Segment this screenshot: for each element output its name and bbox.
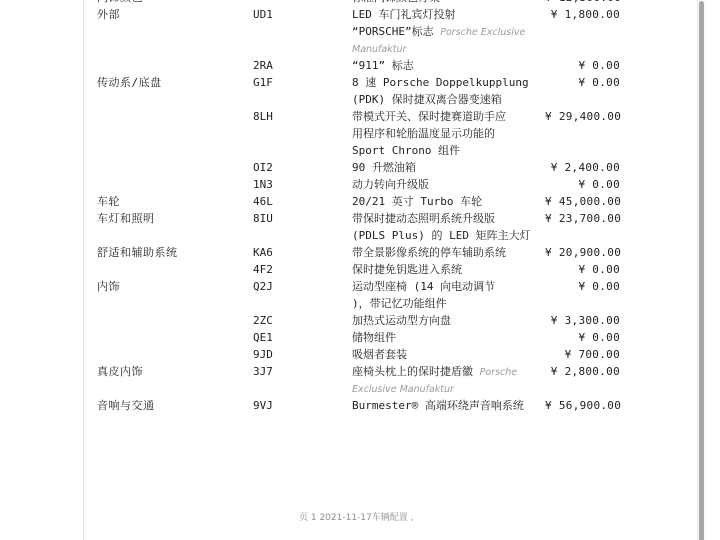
- description-text: 吸烟者套装: [352, 348, 407, 361]
- option-price: ¥ 2,800.00: [545, 363, 620, 397]
- description-text: 带保时捷动态照明系统升级版: [352, 212, 495, 225]
- description-text: 带模式开关、保时捷赛道助手应: [352, 110, 506, 123]
- description-text: 储物组件: [352, 331, 396, 344]
- description-text: 保时捷免钥匙进入系统: [352, 263, 462, 276]
- description-line: (PDLS Plus) 的 LED 矩阵主大灯: [352, 227, 545, 244]
- description-line: Exclusive Manufaktur: [352, 380, 545, 397]
- option-code: 3J7: [253, 363, 352, 397]
- description-text: (PDLS Plus) 的 LED 矩阵主大灯: [352, 229, 531, 242]
- description-text: 运动型座椅 (14 向电动调节: [352, 280, 495, 293]
- option-description: 带全景影像系统的停车辅助系统: [352, 244, 545, 261]
- option-description: 保时捷免钥匙进入系统: [352, 261, 545, 278]
- option-description: 90 升燃油箱: [352, 159, 545, 176]
- description-text: 带全景影像系统的停车辅助系统: [352, 246, 506, 259]
- option-category: [97, 108, 253, 159]
- page-left-border: [83, 0, 84, 540]
- config-row: 真皮内饰 3J7 座椅头枕上的保时捷盾徽 PorscheExclusive Ma…: [97, 363, 620, 397]
- option-description: “911” 标志: [352, 57, 545, 74]
- description-line: 用程序和轮胎温度显示功能的: [352, 125, 545, 142]
- description-line: (PDK) 保时捷双离合器变速箱: [352, 91, 545, 108]
- exclusive-manufaktur-label: Exclusive Manufaktur: [352, 384, 454, 395]
- option-description: LED 车门礼宾灯投射“PORSCHE”标志 Porsche Exclusive…: [352, 6, 545, 57]
- option-category: 真皮内饰: [97, 363, 253, 397]
- description-line: “PORSCHE”标志 Porsche Exclusive: [352, 23, 545, 40]
- option-description: 带保时捷动态照明系统升级版(PDLS Plus) 的 LED 矩阵主大灯: [352, 210, 545, 244]
- description-line: 90 升燃油箱: [352, 159, 545, 176]
- description-text: 20/21 英寸 Turbo 车轮: [352, 195, 482, 208]
- option-code: 2RA: [253, 57, 352, 74]
- config-row: 8LH 带模式开关、保时捷赛道助手应用程序和轮胎温度显示功能的Sport Chr…: [97, 108, 620, 159]
- description-line: Sport Chrono 组件: [352, 142, 545, 159]
- option-price: ¥ 3,300.00: [545, 312, 620, 329]
- config-row: 2ZC 加热式运动型方向盘 ¥ 3,300.00: [97, 312, 620, 329]
- option-code: 9JD: [253, 346, 352, 363]
- option-description: 加热式运动型方向盘: [352, 312, 545, 329]
- option-category: [97, 176, 253, 193]
- option-price: ¥ 0.00: [545, 278, 620, 312]
- option-code: KA6: [253, 244, 352, 261]
- config-row: QE1 储物组件 ¥ 0.00: [97, 329, 620, 346]
- option-description: 动力转向升级版: [352, 176, 545, 193]
- option-code: 4F2: [253, 261, 352, 278]
- option-category: [97, 57, 253, 74]
- page-footer: 页 1 2021-11-17车辆配置 ,: [299, 510, 413, 523]
- scrollbar-thumb[interactable]: [699, 1, 704, 540]
- config-row: 内饰 Q2J 运动型座椅 (14 向电动调节)，带记忆功能组件 ¥ 0.00: [97, 278, 620, 312]
- description-line: 动力转向升级版: [352, 176, 545, 193]
- description-text: Sport Chrono 组件: [352, 144, 460, 157]
- description-line: 运动型座椅 (14 向电动调节: [352, 278, 545, 295]
- option-code: 9VJ: [253, 397, 352, 414]
- option-code: Q2J: [253, 278, 352, 312]
- config-row: 传动系/底盘 G1F 8 速 Porsche Doppelkupplung(PD…: [97, 74, 620, 108]
- option-price: ¥ 0.00: [545, 329, 620, 346]
- config-row: 1N3 动力转向升级版 ¥ 0.00: [97, 176, 620, 193]
- description-text: “PORSCHE”标志: [352, 25, 440, 38]
- option-category: 音响与交通: [97, 397, 253, 414]
- option-description: 8 速 Porsche Doppelkupplung(PDK) 保时捷双离合器变…: [352, 74, 545, 108]
- description-text: 动力转向升级版: [352, 178, 429, 191]
- description-line: 20/21 英寸 Turbo 车轮: [352, 193, 545, 210]
- config-row: 9JD 吸烟者套装 ¥ 700.00: [97, 346, 620, 363]
- option-description: Burmester® 高端环绕声音响系统: [352, 397, 545, 414]
- option-code: G1F: [253, 74, 352, 108]
- option-description: 运动型座椅 (14 向电动调节)，带记忆功能组件: [352, 278, 545, 312]
- config-row: 外部 UD1 LED 车门礼宾灯投射“PORSCHE”标志 Porsche Ex…: [97, 6, 620, 57]
- option-code: OI2: [253, 159, 352, 176]
- exclusive-manufaktur-label: Porsche Exclusive: [440, 27, 525, 38]
- description-text: 标准内饰颜色方案: [352, 0, 440, 4]
- option-price: ¥ 700.00: [545, 346, 620, 363]
- option-category: 传动系/底盘: [97, 74, 253, 108]
- description-line: 座椅头枕上的保时捷盾徽 Porsche: [352, 363, 545, 380]
- description-line: LED 车门礼宾灯投射: [352, 6, 545, 23]
- config-row: 音响与交通 9VJ Burmester® 高端环绕声音响系统 ¥ 56,900.…: [97, 397, 620, 414]
- option-category: 舒适和辅助系统: [97, 244, 253, 261]
- description-line: 带保时捷动态照明系统升级版: [352, 210, 545, 227]
- option-category: [97, 312, 253, 329]
- config-row: 4F2 保时捷免钥匙进入系统 ¥ 0.00: [97, 261, 620, 278]
- option-description: 带模式开关、保时捷赛道助手应用程序和轮胎温度显示功能的Sport Chrono …: [352, 108, 545, 159]
- description-line: 带模式开关、保时捷赛道助手应: [352, 108, 545, 125]
- option-code: 46L: [253, 193, 352, 210]
- option-price: ¥ 0.00: [545, 261, 620, 278]
- description-text: )，带记忆功能组件: [352, 297, 447, 310]
- description-text: “911” 标志: [352, 59, 414, 72]
- config-row: 车灯和照明 8IU 带保时捷动态照明系统升级版(PDLS Plus) 的 LED…: [97, 210, 620, 244]
- option-price: ¥ 0.00: [545, 74, 620, 108]
- description-text: 座椅头枕上的保时捷盾徽: [352, 365, 480, 378]
- option-category: 车轮: [97, 193, 253, 210]
- description-line: 保时捷免钥匙进入系统: [352, 261, 545, 278]
- option-code: UD1: [253, 6, 352, 57]
- description-text: 8 速 Porsche Doppelkupplung: [352, 76, 529, 89]
- option-code: 8LH: [253, 108, 352, 159]
- config-row: 车轮 46L 20/21 英寸 Turbo 车轮 ¥ 45,000.00: [97, 193, 620, 210]
- description-text: Burmester® 高端环绕声音响系统: [352, 399, 524, 412]
- description-text: 90 升燃油箱: [352, 161, 416, 174]
- config-row: OI2 90 升燃油箱 ¥ 2,400.00: [97, 159, 620, 176]
- option-category: 内饰: [97, 278, 253, 312]
- description-text: 加热式运动型方向盘: [352, 314, 451, 327]
- exclusive-manufaktur-label: Porsche: [480, 367, 518, 378]
- option-category: [97, 329, 253, 346]
- description-line: 8 速 Porsche Doppelkupplung: [352, 74, 545, 91]
- description-text: 用程序和轮胎温度显示功能的: [352, 127, 495, 140]
- option-price: ¥ 20,900.00: [545, 244, 621, 261]
- option-price: ¥ 23,700.00: [545, 210, 621, 244]
- description-line: )，带记忆功能组件: [352, 295, 545, 312]
- vehicle-options-table: 内饰颜色 标准内饰颜色方案 ¥ 12,300.00 外部 UD1 LED 车门礼…: [97, 0, 620, 414]
- description-line: Manufaktur: [352, 40, 545, 57]
- option-code: 1N3: [253, 176, 352, 193]
- option-category: [97, 159, 253, 176]
- option-price: ¥ 2,400.00: [545, 159, 620, 176]
- option-price: ¥ 29,400.00: [545, 108, 621, 159]
- description-text: LED 车门礼宾灯投射: [352, 8, 456, 21]
- option-category: 外部: [97, 6, 253, 57]
- description-line: 吸烟者套装: [352, 346, 545, 363]
- description-line: Burmester® 高端环绕声音响系统: [352, 397, 545, 414]
- option-description: 吸烟者套装: [352, 346, 545, 363]
- config-row: 舒适和辅助系统 KA6 带全景影像系统的停车辅助系统 ¥ 20,900.00: [97, 244, 620, 261]
- option-code: 2ZC: [253, 312, 352, 329]
- description-line: 储物组件: [352, 329, 545, 346]
- config-row: 2RA “911” 标志 ¥ 0.00: [97, 57, 620, 74]
- option-description: 储物组件: [352, 329, 545, 346]
- option-price: ¥ 1,800.00: [545, 6, 620, 57]
- option-category: [97, 346, 253, 363]
- option-price: ¥ 45,000.00: [545, 193, 621, 210]
- description-line: “911” 标志: [352, 57, 545, 74]
- option-description: 座椅头枕上的保时捷盾徽 PorscheExclusive Manufaktur: [352, 363, 545, 397]
- option-price: ¥ 0.00: [545, 176, 620, 193]
- option-code: 8IU: [253, 210, 352, 244]
- option-description: 20/21 英寸 Turbo 车轮: [352, 193, 545, 210]
- description-text: (PDK) 保时捷双离合器变速箱: [352, 93, 502, 106]
- option-category: 车灯和照明: [97, 210, 253, 244]
- option-category: [97, 261, 253, 278]
- option-price: ¥ 56,900.00: [545, 397, 621, 414]
- option-code: QE1: [253, 329, 352, 346]
- description-line: 加热式运动型方向盘: [352, 312, 545, 329]
- description-line: 带全景影像系统的停车辅助系统: [352, 244, 545, 261]
- option-price: ¥ 0.00: [545, 57, 620, 74]
- exclusive-manufaktur-label: Manufaktur: [352, 44, 406, 55]
